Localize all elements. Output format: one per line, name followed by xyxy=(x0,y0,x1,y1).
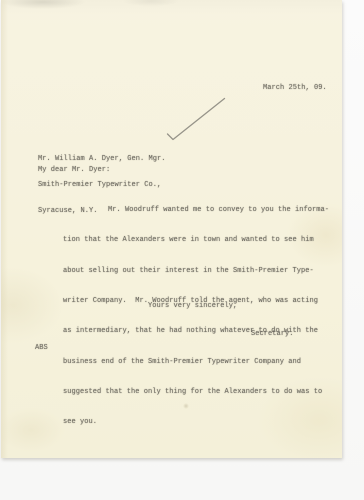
recipient-name-line: Mr. William A. Dyer, Gen. Mgr. xyxy=(38,155,166,164)
typist-initials: ABS xyxy=(35,344,48,352)
body-line: about selling out their interest in the … xyxy=(63,264,317,278)
pen-check-mark-icon xyxy=(161,92,231,145)
letter-body: Mr. Woodruff wanted me to convey to you … xyxy=(63,187,317,446)
letter-date: March 25th, 09. xyxy=(263,84,327,92)
salutation: My dear Mr. Dyer: xyxy=(38,166,110,174)
signature-title: Secretary. xyxy=(251,330,294,338)
scanned-letter-page: March 25th, 09. Mr. William A. Dyer, Gen… xyxy=(0,0,364,500)
body-line: tion that the Alexanders were in town an… xyxy=(63,233,317,247)
body-line: see you. xyxy=(63,415,317,429)
body-line: Mr. Woodruff wanted me to convey to you … xyxy=(63,203,317,217)
letter-paper: March 25th, 09. Mr. William A. Dyer, Gen… xyxy=(1,0,342,458)
body-line: business end of the Smith-Premier Typewr… xyxy=(63,355,317,369)
body-line: suggested that the only thing for the Al… xyxy=(63,385,317,399)
closing-line: Yours very sincerely, xyxy=(148,302,237,310)
